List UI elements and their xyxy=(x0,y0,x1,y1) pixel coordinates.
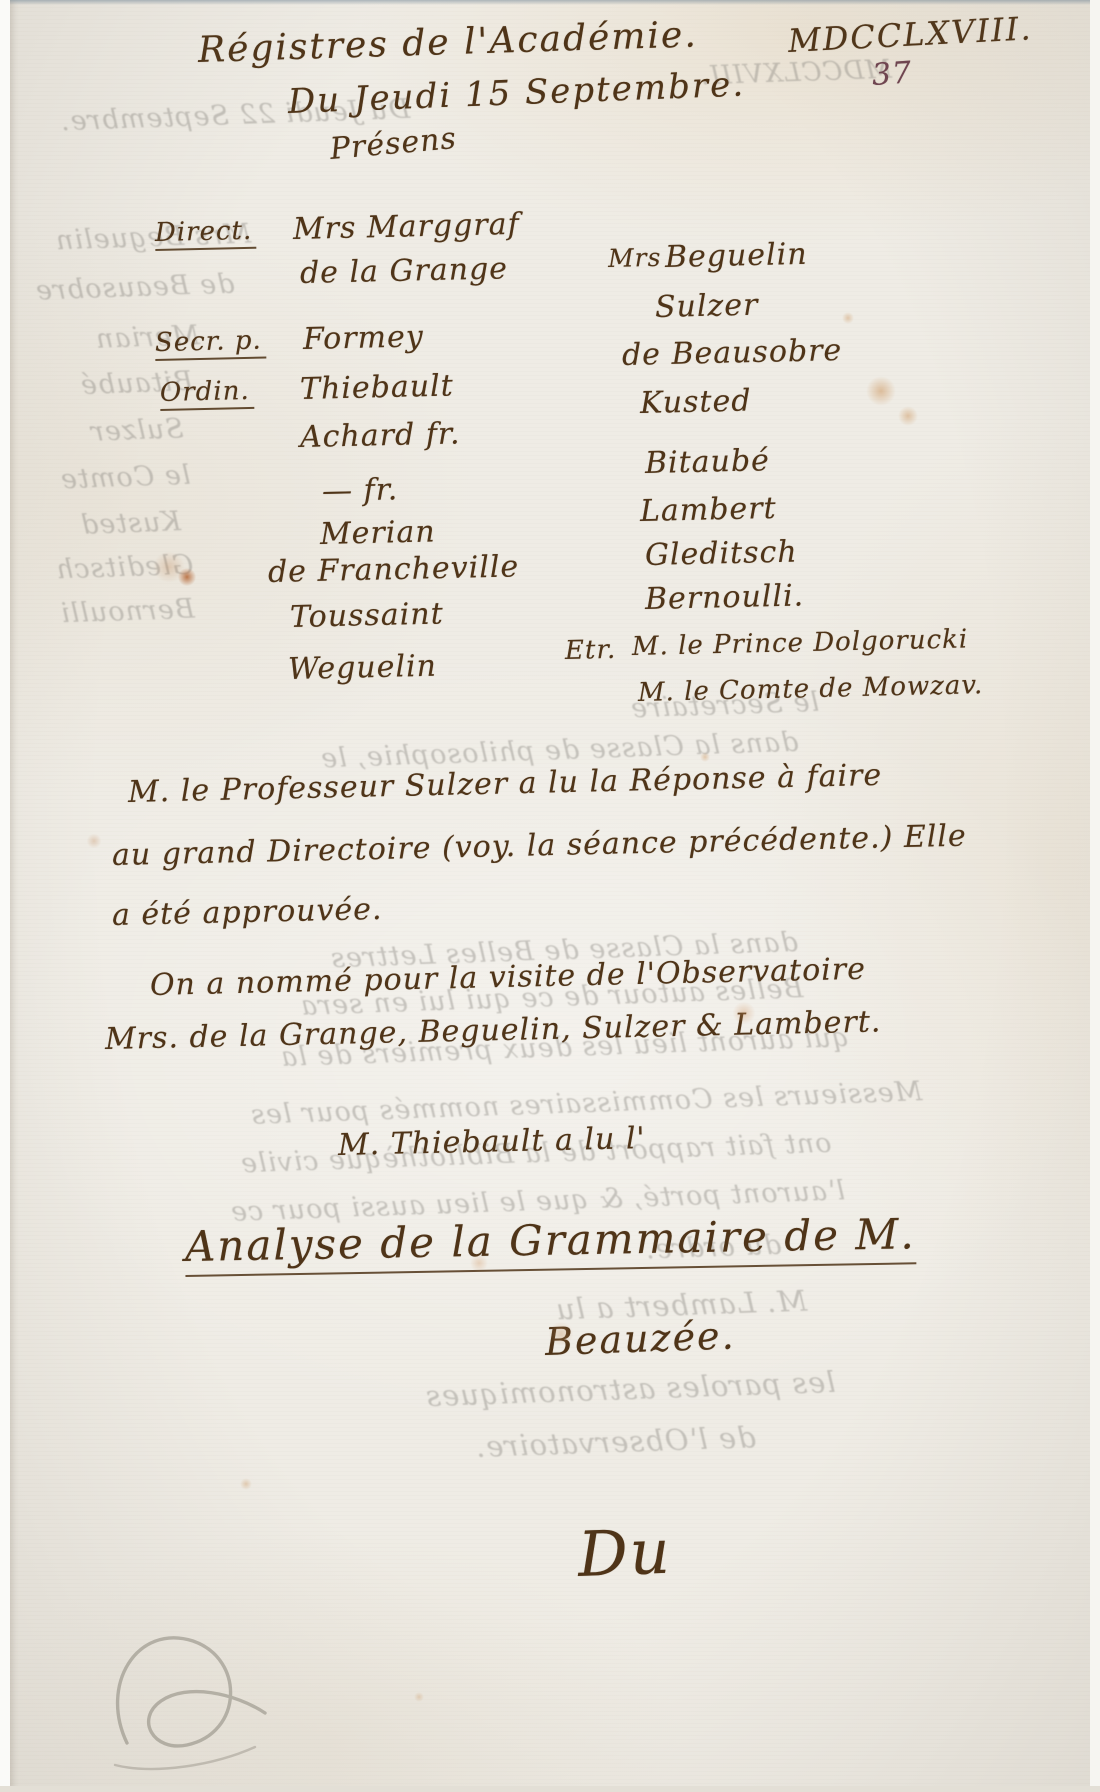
attendee-name: de la Grange xyxy=(300,251,509,291)
register-title: Régistres de l'Académie. xyxy=(197,14,698,71)
scan-edge-right xyxy=(1090,0,1100,1792)
page-number: 37 xyxy=(871,55,914,93)
paragraph-1-line-2: au grand Directoire (voy. la séance préc… xyxy=(112,819,967,873)
attendee-name: M. le Comte de Mowzav. xyxy=(638,670,984,708)
session-date: Du Jeudi 15 Septembre. xyxy=(287,64,745,122)
attendee-role: Secr. p. xyxy=(155,325,267,361)
attendee-name: Merian xyxy=(320,514,436,552)
attendee-name: Toussaint xyxy=(290,597,444,635)
scan-edge-bottom xyxy=(0,1786,1100,1792)
bleedthrough-line: Sulzer xyxy=(89,413,184,447)
attendee-name: de Beausobre xyxy=(622,333,843,373)
attendee-name: Thiebault xyxy=(300,369,455,407)
attendee-role: Direct. xyxy=(155,216,257,251)
foxing-stain xyxy=(898,406,918,426)
attendee-name: Beguelin xyxy=(665,237,808,275)
attendee-prefix: Etr. xyxy=(565,635,617,666)
flourish-paraph xyxy=(95,1615,325,1780)
work-title-line-2: Beauzée. xyxy=(544,1313,736,1364)
paragraph-1-line-1: M. le Professeur Sulzer a lu la Réponse … xyxy=(128,758,883,810)
foxing-stain xyxy=(842,312,854,324)
work-title: Analyse de la Grammaire de M. xyxy=(185,1209,917,1277)
foxing-stain xyxy=(86,834,102,848)
bleedthrough-line: de Beausobre xyxy=(35,269,235,307)
attendee-name: — fr. xyxy=(322,472,399,509)
foxing-stain xyxy=(866,376,896,406)
attendee-name: Weguelin xyxy=(288,649,438,687)
bleedthrough-line: Kusted xyxy=(79,506,181,541)
attendee-name: Achard fr. xyxy=(300,416,461,455)
attendee-name: M. le Prince Dolgorucki xyxy=(632,624,969,662)
foxing-stain xyxy=(414,1692,424,1702)
attendee-name: Gleditsch xyxy=(645,535,798,573)
attendee-prefix: Mrs xyxy=(608,243,662,273)
year-roman-numeral: MDCCLXVIII. xyxy=(787,9,1033,60)
attendee-name: Lambert xyxy=(640,491,777,529)
bleedthrough-line: Gleditsch xyxy=(55,550,194,586)
foxing-stain xyxy=(240,1478,252,1490)
presence-heading: Présens xyxy=(328,121,458,167)
paragraph-1-line-3: a été approuvée. xyxy=(112,892,383,933)
bleedthrough-line: le Comte xyxy=(59,460,191,496)
catchword: Du xyxy=(577,1515,673,1591)
attendee-name: de Francheville xyxy=(268,549,520,590)
scan-edge-top xyxy=(0,0,1100,5)
attendee-name: Formey xyxy=(303,319,424,357)
bleedthrough-line: de l'Observatoire. xyxy=(474,1420,756,1464)
attendee-role: Ordin. xyxy=(160,376,254,411)
attendee-name: Mrs Marggraf xyxy=(293,207,520,247)
attendee-name: Bitaubé xyxy=(645,443,771,481)
attendee-name: Sulzer xyxy=(655,288,759,325)
bleedthrough-line: Bernoulli xyxy=(60,594,196,630)
attendee-name: Kusted xyxy=(640,383,752,421)
attendee-name: Bernoulli. xyxy=(645,578,805,617)
scan-edge-left xyxy=(0,0,10,1792)
bleedthrough-line: les paroles astronomiques xyxy=(425,1365,837,1413)
manuscript-page: Du Jeudi 22 Septembre. Mrs Beguelin de B… xyxy=(0,0,1100,1792)
reading-line: M. Thiebault a lu l' xyxy=(338,1121,647,1163)
